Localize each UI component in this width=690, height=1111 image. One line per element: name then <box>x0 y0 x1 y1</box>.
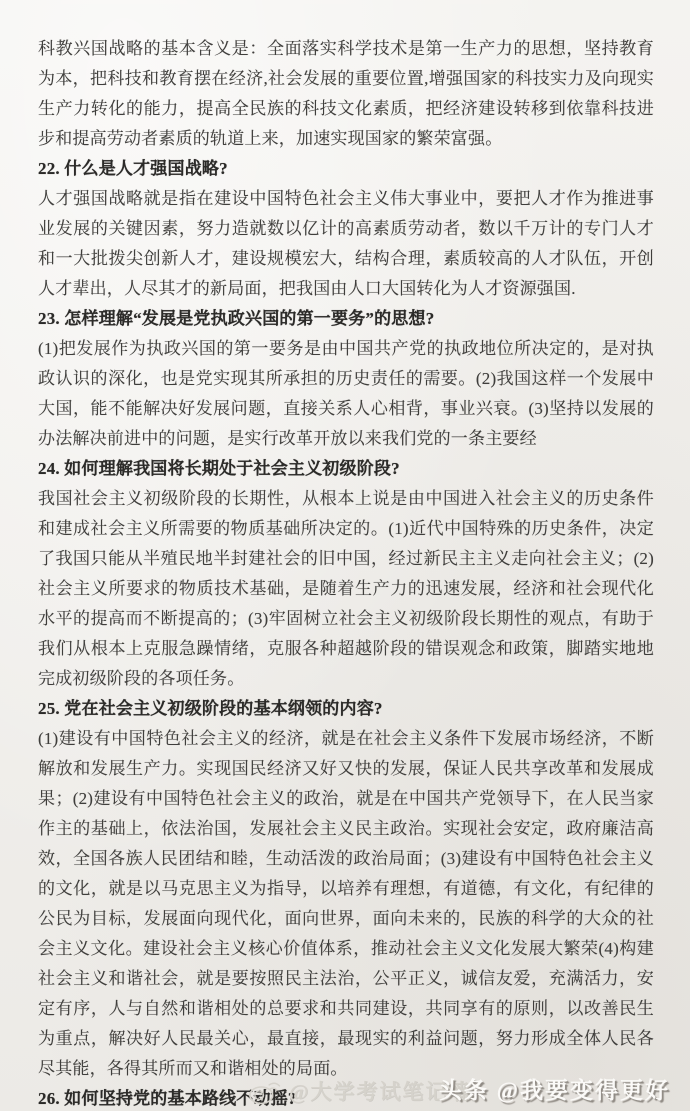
question-heading: 22. 什么是人才强国战略? <box>38 154 654 184</box>
toutiao-watermark: 头条 @我要变得更好 <box>439 1072 670 1105</box>
answer-paragraph: (1)建设有中国特色社会主义的经济，就是在社会主义条件下发展市场经济，不断解放和… <box>38 724 654 1084</box>
question-heading: 24. 如何理解我国将长期处于社会主义初级阶段? <box>38 454 654 484</box>
notes-text: 科教兴国战略的基本含义是：全面落实科学技术是第一生产力的思想，坚持教育为本，把科… <box>38 34 654 1111</box>
weibo-icon <box>248 1077 282 1105</box>
question-heading: 25. 党在社会主义初级阶段的基本纲领的内容? <box>38 694 654 724</box>
toutiao-watermark-text: 头条 @我要变得更好 <box>439 1078 670 1103</box>
answer-paragraph: (1)把发展作为执政兴国的第一要务是由中国共产党的执政地位所决定的，是对执政认识… <box>38 334 654 454</box>
answer-paragraph: 科教兴国战略的基本含义是：全面落实科学技术是第一生产力的思想，坚持教育为本，把科… <box>38 34 654 154</box>
answer-paragraph: 人才强国战略就是指在建设中国特色社会主义伟大事业中，要把人才作为推进事业发展的关… <box>38 184 654 304</box>
question-heading: 23. 怎样理解“发展是党执政兴国的第一要务”的思想? <box>38 304 654 334</box>
document-page: 科教兴国战略的基本含义是：全面落实科学技术是第一生产力的思想，坚持教育为本，把科… <box>0 0 690 1111</box>
answer-paragraph: 我国社会主义初级阶段的长期性，从根本上说是由中国进入社会主义的历史条件和建成社会… <box>38 484 654 694</box>
